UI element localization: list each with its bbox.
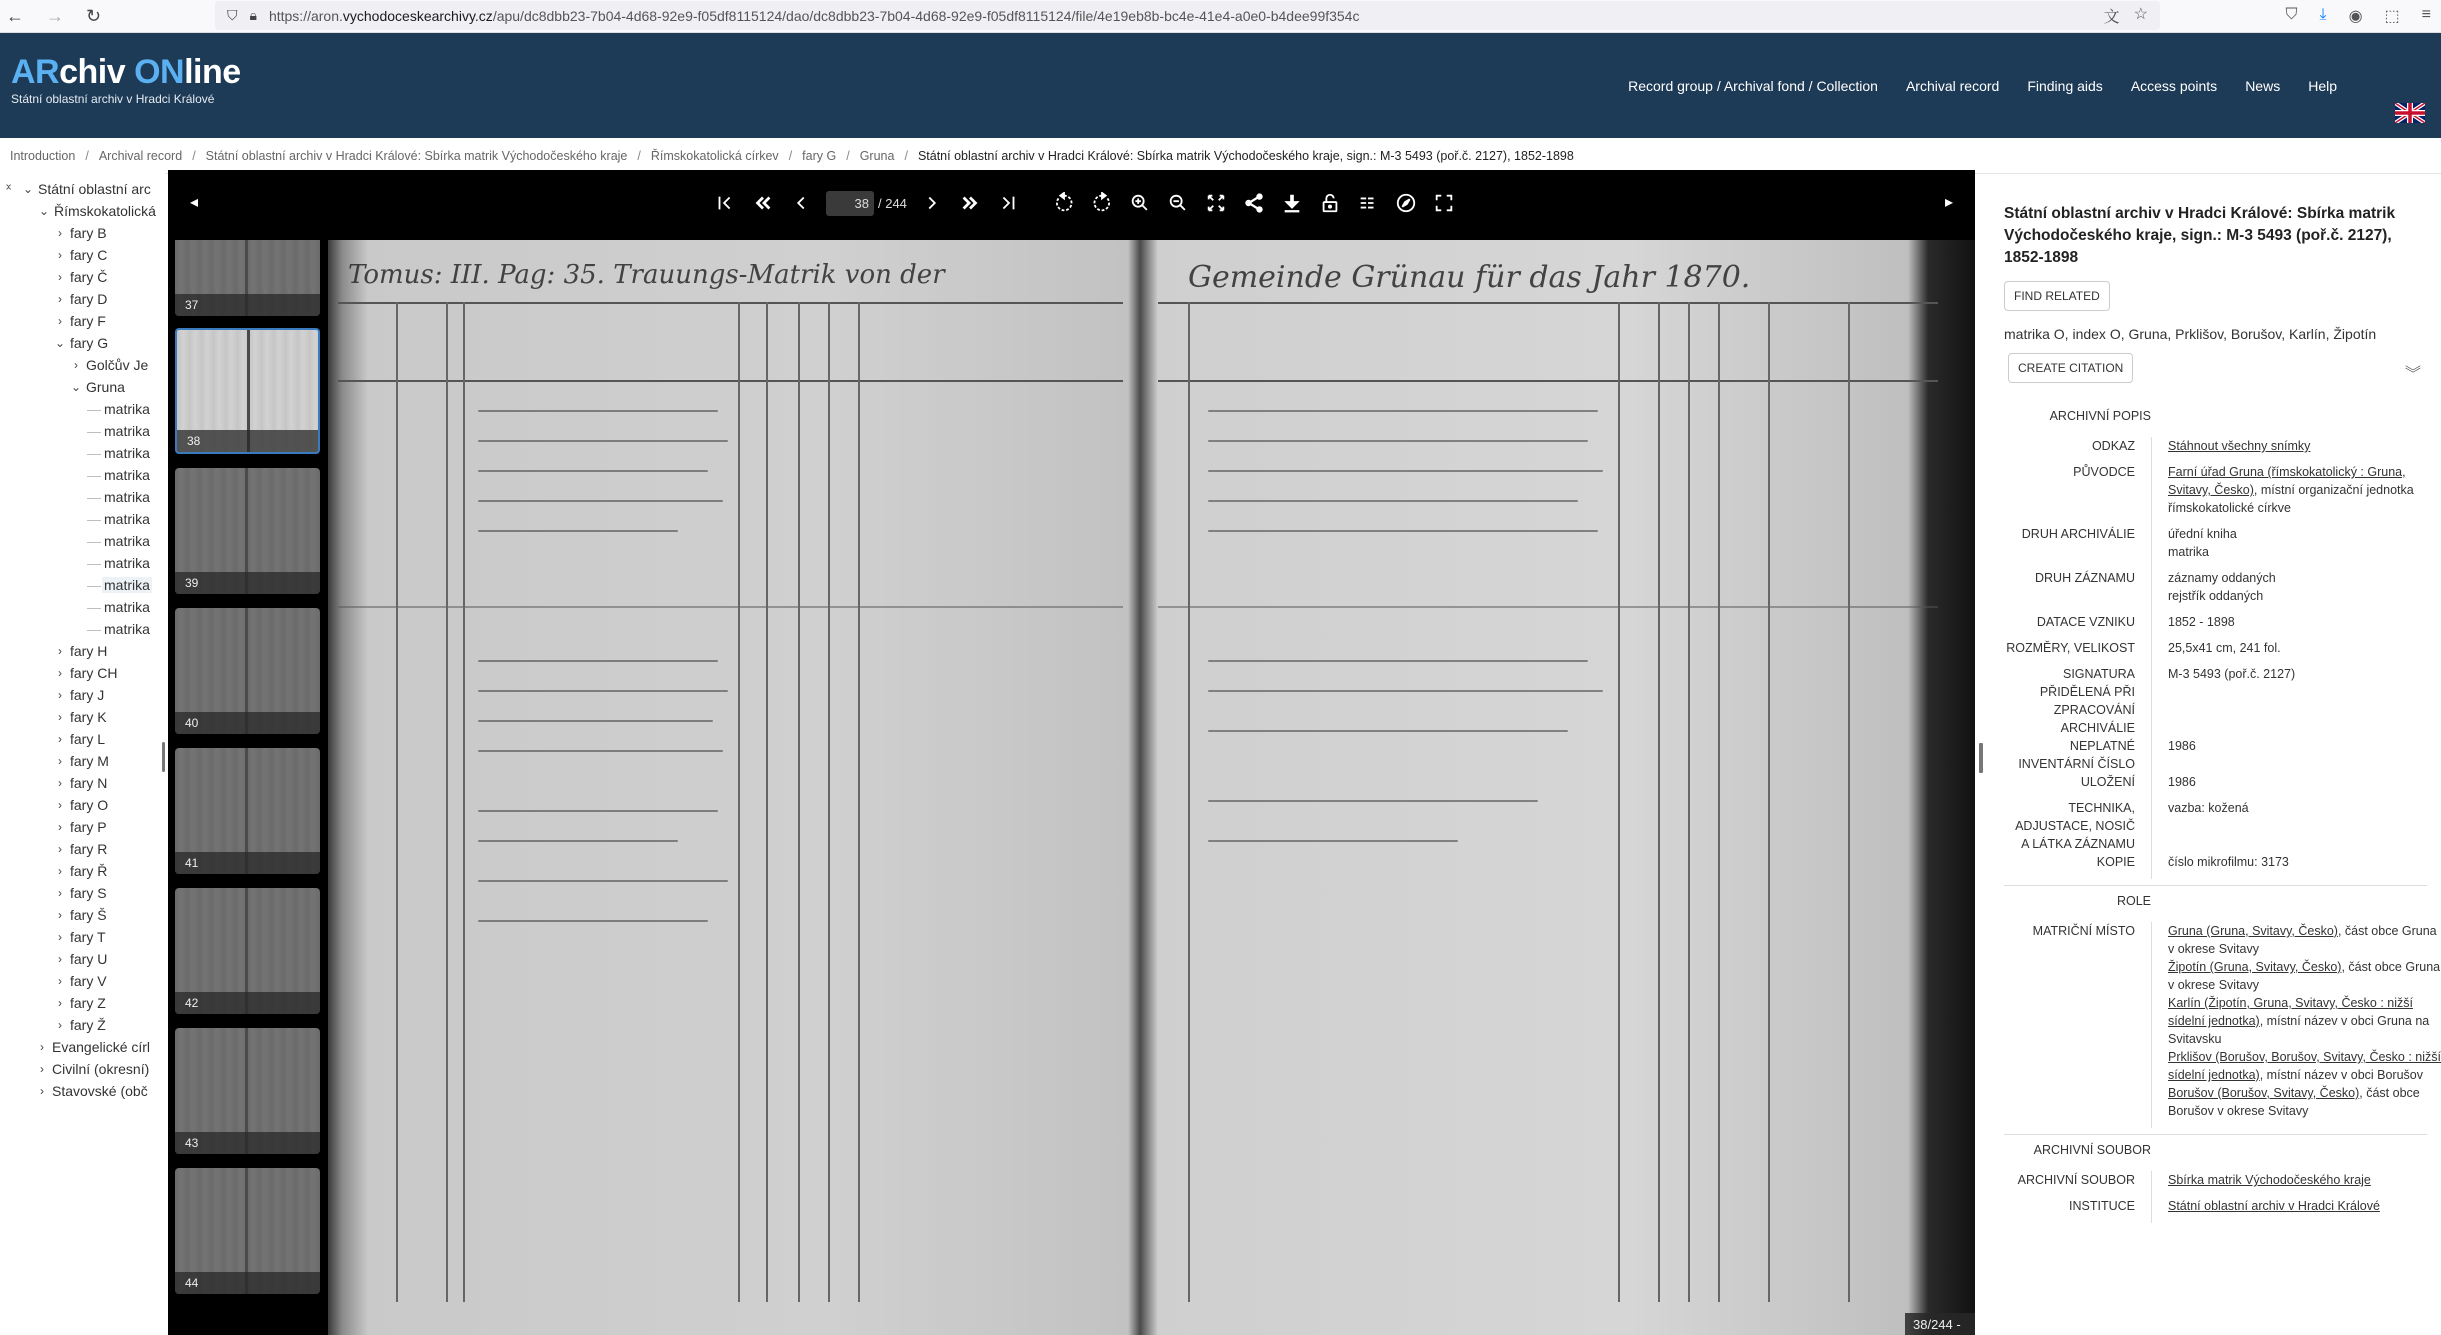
tree-node-root[interactable]: ⌄Státní oblastní arc (20, 178, 153, 200)
place-text: , místní název v obci Borušov (2260, 1068, 2423, 1082)
chevron-right-icon[interactable]: › (34, 1084, 50, 1098)
tree-node-fary[interactable]: ›fary R (52, 838, 109, 860)
label-neplatne: NEPLATNÉ INVENTÁRNÍ ČÍSLO (2004, 737, 2151, 773)
rotate-left-icon[interactable] (1045, 188, 1083, 218)
previous-page-icon[interactable] (782, 188, 820, 218)
tree-node-civilni[interactable]: ›Civilní (okresní) (34, 1058, 151, 1080)
value-kopie: číslo mikrofilmu: 3173 (2151, 853, 2441, 879)
last-page-icon[interactable] (989, 188, 1027, 218)
tree-node-fary[interactable]: ›fary Ř (52, 860, 109, 882)
thumbnail-strip[interactable]: 37 38 39 40 41 42 43 44 (175, 240, 320, 1335)
rewind-icon[interactable] (744, 188, 782, 218)
chevron-right-icon[interactable]: › (52, 864, 68, 878)
tree-node-golcuv[interactable]: ›Golčův Je (68, 354, 150, 376)
tree-node-fary[interactable]: ›fary K (52, 706, 109, 728)
archive-tree: ⌄⌃ ⌄Státní oblastní arc ⌄Římskokatolická… (0, 170, 165, 1335)
lock-icon[interactable]: 🔒︎ (250, 7, 257, 24)
label-rozmery: ROZMĚRY, VELIKOST (2004, 639, 2151, 665)
label-ulozeni: ULOŽENÍ (2004, 773, 2151, 799)
bookmark-star-icon[interactable]: ☆ (2134, 4, 2148, 27)
panel-resize-handle[interactable] (162, 742, 165, 772)
chevron-right-icon[interactable]: › (52, 996, 68, 1010)
breadcrumb-fond[interactable]: Státní oblastní archiv v Hradci Králové:… (206, 149, 628, 163)
thumbnail[interactable]: 40 (175, 608, 320, 734)
breadcrumb-rimskokatolicka[interactable]: Římskokatolická církev (651, 149, 779, 163)
chevron-right-icon[interactable]: › (52, 952, 68, 966)
first-page-icon[interactable] (706, 188, 744, 218)
browser-toolbar: ← → ↻ ⛉ 🔒︎ https://aron.vychodoceskearch… (0, 0, 2441, 33)
logo-on: ON (134, 53, 184, 91)
value-text: rejstřík oddaných (2168, 587, 2441, 605)
shield-icon[interactable]: ⛉ (227, 7, 238, 24)
site-logo[interactable]: ARchiv ONline Státní oblastní archiv v H… (0, 33, 280, 138)
thumbnail[interactable]: 42 (175, 888, 320, 1014)
label-druh-archivalie: DRUH ARCHIVÁLIE (2004, 525, 2151, 569)
tree-node-fary[interactable]: ›fary F (52, 310, 108, 332)
download-all-link[interactable]: Stáhnout všechny snímky (2168, 439, 2310, 453)
value-technika: vazba: kožená (2151, 799, 2441, 853)
instituce-link[interactable]: Státní oblastní archiv v Hradci Králové (2168, 1199, 2380, 1213)
tree-leaf-matrika[interactable]: —matrika (86, 398, 152, 420)
chevron-down-icon[interactable]: ⌄ (68, 380, 84, 394)
tree-node-fary[interactable]: ›fary L (52, 728, 107, 750)
breadcrumb: Introduction/ Archival record/ Státní ob… (0, 138, 2441, 174)
tree-node-fary[interactable]: ›fary N (52, 772, 109, 794)
main-nav: Record group / Archival fond / Collectio… (1614, 33, 2351, 138)
chevron-right-icon[interactable]: › (52, 226, 68, 240)
tree-node-rimskokatolicka[interactable]: ⌄Římskokatolická (36, 200, 158, 222)
fit-to-screen-icon[interactable] (1197, 188, 1235, 218)
record-keywords: matrika O, index O, Gruna, Prklišov, Bor… (2004, 323, 2404, 345)
viewer-toolbar: ◂ / 244 (168, 170, 1975, 240)
double-chevron-down-icon[interactable]: ︾ (2405, 361, 2421, 384)
tree-leaf-matrika-selected[interactable]: —matrika (86, 574, 152, 596)
nav-finding-aids[interactable]: Finding aids (2013, 78, 2117, 94)
record-detail-panel: Státní oblastní archiv v Hradci Králové:… (1990, 170, 2441, 1335)
chevron-right-icon[interactable]: › (52, 732, 68, 746)
value-ulozeni: 1986 (2151, 773, 2441, 799)
find-related-button[interactable]: FIND RELATED (2004, 281, 2110, 311)
logo-ar: AR (11, 53, 59, 91)
tree-leaf-matrika[interactable]: —matrika (86, 420, 152, 442)
download-icon[interactable] (1273, 188, 1311, 218)
tree-node-fary[interactable]: ›fary T (52, 926, 108, 948)
image-viewer: ◂ / 244 (168, 170, 1975, 1335)
tree-node-fary[interactable]: ›fary D (52, 288, 109, 310)
nav-help[interactable]: Help (2294, 78, 2351, 94)
tree-leaf-matrika[interactable]: —matrika (86, 486, 152, 508)
thumbnail[interactable]: 37 (175, 240, 320, 316)
pocket-icon[interactable]: ⛉ (2285, 6, 2297, 26)
tree-node-evangelicke[interactable]: ›Evangelické círl (34, 1036, 152, 1058)
label-technika: TECHNIKA, ADJUSTACE, NOSIČ A LÁTKA ZÁZNA… (2004, 799, 2151, 853)
workspace: ⌄⌃ ⌄Státní oblastní arc ⌄Římskokatolická… (0, 170, 2441, 1335)
toggle-thumbnails-left-icon[interactable]: ◂ (190, 192, 198, 212)
nav-record-group[interactable]: Record group / Archival fond / Collectio… (1614, 78, 1892, 94)
chevron-right-icon[interactable]: › (34, 1062, 50, 1076)
value-text: matrika (2168, 543, 2441, 561)
chevron-right-icon[interactable]: › (52, 842, 68, 856)
breadcrumb-archival-record[interactable]: Archival record (99, 149, 182, 163)
address-bar[interactable]: ⛉ 🔒︎ https://aron.vychodoceskearchivy.cz… (215, 1, 2160, 30)
tree-leaf-matrika[interactable]: —matrika (86, 552, 152, 574)
tree-leaf-matrika[interactable]: —matrika (86, 464, 152, 486)
label-datace: DATACE VZNIKU (2004, 613, 2151, 639)
chevron-right-icon[interactable]: › (52, 908, 68, 922)
tree-node-fary[interactable]: ›fary Z (52, 992, 108, 1014)
next-page-icon[interactable] (913, 188, 951, 218)
chevron-right-icon[interactable]: › (52, 820, 68, 834)
tree-node-gruna[interactable]: ⌄Gruna (68, 376, 127, 398)
tree-node-fary[interactable]: ›fary V (52, 970, 109, 992)
share-icon[interactable] (1235, 188, 1273, 218)
nav-access-points[interactable]: Access points (2117, 78, 2231, 94)
scan-header-left: Tomus: III. Pag: 35. Trauungs-Matrik von… (348, 260, 945, 290)
logo-line: line (184, 53, 241, 91)
rotate-right-icon[interactable] (1083, 188, 1121, 218)
zoom-in-icon[interactable] (1121, 188, 1159, 218)
tree-leaf-matrika[interactable]: —matrika (86, 618, 152, 640)
label-matricni-misto: MATRIČNÍ MÍSTO (2004, 922, 2151, 1128)
chevron-right-icon[interactable]: › (52, 292, 68, 306)
breadcrumb-introduction[interactable]: Introduction (10, 149, 75, 163)
thumbnail[interactable]: 44 (175, 1168, 320, 1294)
label-archivni-soubor: ARCHIVNÍ SOUBOR (2004, 1171, 2151, 1197)
zoom-out-icon[interactable] (1159, 188, 1197, 218)
chevron-right-icon[interactable]: › (52, 930, 68, 944)
chevron-right-icon[interactable]: › (52, 974, 68, 988)
nav-news[interactable]: News (2231, 78, 2294, 94)
page-counter-badge: 38/244 - (1905, 1313, 1975, 1335)
tree-node-fary[interactable]: ›fary Č (52, 266, 109, 288)
reload-icon[interactable]: ↻ (86, 6, 101, 27)
scan-header-right: Gemeinde Grünau für das Jahr 1870. (1188, 260, 1750, 295)
chevron-right-icon[interactable]: › (52, 710, 68, 724)
tree-node-fary-g[interactable]: ⌄fary G (52, 332, 110, 354)
fullscreen-icon[interactable] (1425, 188, 1463, 218)
value-datace: 1852 - 1898 (2151, 613, 2441, 639)
tree-node-fary[interactable]: ›fary C (52, 244, 109, 266)
detail-resize-handle[interactable] (1979, 743, 1983, 773)
value-neplatne: 1986 (2151, 737, 2441, 773)
tree-node-fary[interactable]: ›fary O (52, 794, 110, 816)
chevron-down-icon[interactable]: ⌄ (52, 336, 68, 350)
breadcrumb-fary-g[interactable]: fary G (802, 149, 836, 163)
fast-forward-icon[interactable] (951, 188, 989, 218)
forward-icon[interactable]: → (46, 6, 64, 27)
tree-leaf-matrika[interactable]: —matrika (86, 442, 152, 464)
logo-chiv: chiv (59, 53, 134, 91)
url-path: /apu/dc8dbb23-7b04-4d68-92e9-f05df811512… (493, 8, 1360, 24)
tree-node-stavovske[interactable]: ›Stavovské (obč (34, 1080, 150, 1102)
label-instituce: INSTITUCE (2004, 1197, 2151, 1223)
scanned-page-image[interactable]: Tomus: III. Pag: 35. Trauungs-Matrik von… (328, 240, 1975, 1335)
breadcrumb-gruna[interactable]: Gruna (860, 149, 895, 163)
chevron-right-icon[interactable]: › (52, 798, 68, 812)
page-total: / 244 (878, 196, 907, 211)
chevron-down-icon[interactable]: ⌄ (36, 204, 52, 218)
chevron-right-icon[interactable]: › (52, 776, 68, 790)
chevron-right-icon[interactable]: › (52, 886, 68, 900)
url-prefix: https://aron. (269, 8, 343, 24)
chevron-down-icon[interactable]: ⌄ (20, 182, 36, 196)
section-role: ROLE (2004, 894, 2151, 908)
tree-leaf-matrika[interactable]: —matrika (86, 530, 152, 552)
chevron-right-icon[interactable]: › (52, 270, 68, 284)
tree-node-fary[interactable]: ›fary U (52, 948, 109, 970)
archivni-soubor-link[interactable]: Sbírka matrik Východočeského kraje (2168, 1173, 2371, 1187)
back-icon[interactable]: ← (6, 6, 24, 27)
thumbnail[interactable]: 41 (175, 748, 320, 874)
chevron-right-icon[interactable]: › (52, 644, 68, 658)
tree-node-fary[interactable]: ›fary M (52, 750, 111, 772)
tree-node-fary[interactable]: ›fary Š (52, 904, 109, 926)
tree-leaf-matrika[interactable]: —matrika (86, 596, 152, 618)
nav-archival-record[interactable]: Archival record (1892, 78, 2013, 94)
uk-flag-icon[interactable] (2395, 103, 2425, 123)
label-puvodce: PŮVODCE (2004, 463, 2151, 525)
adjustments-icon[interactable] (1349, 188, 1387, 218)
thumbnail[interactable]: 43 (175, 1028, 320, 1154)
site-header: ARchiv ONline Státní oblastní archiv v H… (0, 33, 2441, 138)
label-kopie: KOPIE (2004, 853, 2151, 879)
tree-node-fary[interactable]: ›fary B (52, 222, 109, 244)
thumbnail[interactable]: 39 (175, 468, 320, 594)
site-subtitle: Státní oblastní archiv v Hradci Králové (11, 92, 214, 106)
chevron-right-icon[interactable]: › (68, 358, 84, 372)
record-title: Státní oblastní archiv v Hradci Králové:… (2004, 203, 2404, 269)
translate-icon[interactable]: 文 (2104, 4, 2120, 27)
chevron-right-icon[interactable]: › (52, 1018, 68, 1032)
tree-node-fary[interactable]: ›fary S (52, 882, 109, 904)
thumbnail-active[interactable]: 38 (175, 328, 320, 454)
tree-node-fary[interactable]: ›fary CH (52, 662, 119, 684)
label-druh-zaznamu: DRUH ZÁZNAMU (2004, 569, 2151, 613)
value-rozmery: 25,5x41 cm, 241 fol. (2151, 639, 2441, 665)
url-host: vychodoceskearchivy.cz (343, 8, 493, 24)
page-number-input[interactable] (826, 191, 874, 216)
label-odkaz: ODKAZ (2004, 437, 2151, 463)
place-link[interactable]: Žipotín (Gruna, Svitavy, Česko) (2168, 960, 2341, 974)
download-icon[interactable]: ⤓ (2319, 6, 2326, 26)
tree-leaf-matrika[interactable]: —matrika (86, 508, 152, 530)
chevron-right-icon[interactable]: › (52, 248, 68, 262)
chevron-right-icon[interactable]: › (52, 314, 68, 328)
compass-icon[interactable] (1387, 188, 1425, 218)
section-archivni-popis: ARCHIVNÍ POPIS (2004, 409, 2151, 423)
value-text: záznamy oddaných (2168, 569, 2441, 587)
place-link[interactable]: Borušov (Borušov, Svitavy, Česko) (2168, 1086, 2359, 1100)
create-citation-button[interactable]: CREATE CITATION (2008, 353, 2133, 383)
tree-node-fary[interactable]: ›fary H (52, 640, 109, 662)
chevron-right-icon[interactable]: › (52, 754, 68, 768)
tree-node-fary[interactable]: ›fary Ž (52, 1014, 108, 1036)
tree-node-fary[interactable]: ›fary J (52, 684, 106, 706)
chevron-right-icon[interactable]: › (52, 688, 68, 702)
value-text: úřední kniha (2168, 525, 2441, 543)
account-icon[interactable]: ◉ (2349, 6, 2363, 26)
chevron-right-icon[interactable]: › (52, 666, 68, 680)
extensions-icon[interactable]: ⬚ (2385, 6, 2400, 26)
collapse-all-icon[interactable]: ⌄⌃ (4, 180, 13, 196)
value-signatura: M-3 5493 (poř.č. 2127) (2151, 665, 2441, 737)
toggle-panel-right-icon[interactable]: ▸ (1945, 192, 1953, 212)
breadcrumb-current: Státní oblastní archiv v Hradci Králové:… (918, 149, 1574, 163)
tree-node-fary[interactable]: ›fary P (52, 816, 109, 838)
menu-icon[interactable]: ≡ (2422, 6, 2431, 26)
section-archivni-soubor: ARCHIVNÍ SOUBOR (2004, 1143, 2151, 1157)
place-link[interactable]: Gruna (Gruna, Svitavy, Česko) (2168, 924, 2338, 938)
label-signatura: SIGNATURA PŘIDĚLENÁ PŘI ZPRACOVÁNÍ ARCHI… (2004, 665, 2151, 737)
chevron-right-icon[interactable]: › (34, 1040, 50, 1054)
unlock-icon[interactable] (1311, 188, 1349, 218)
matricni-misto-list: Gruna (Gruna, Svitavy, Česko), část obce… (2151, 922, 2441, 1128)
